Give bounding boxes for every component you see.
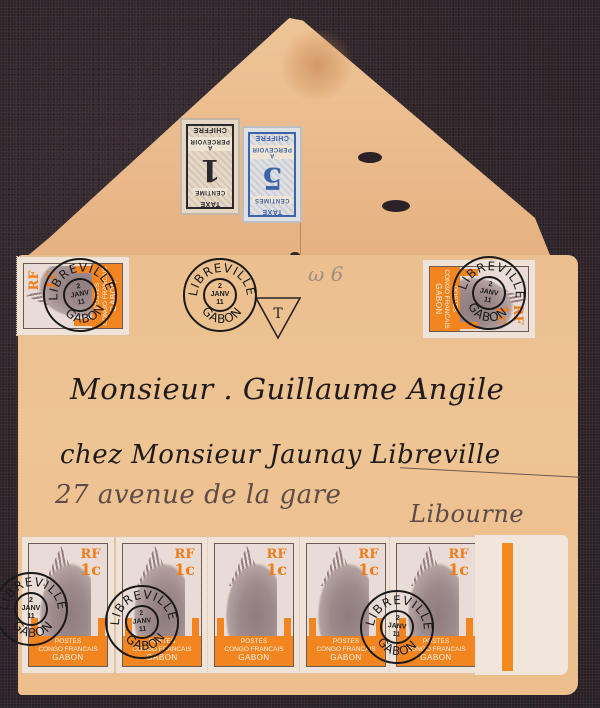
stamp-unit: CENTIMES: [253, 196, 292, 204]
flap-hole: [358, 152, 382, 163]
margin-bar: [502, 543, 513, 671]
stamp-banner: POSTES CONGO FRANCAIS GABON: [215, 636, 293, 666]
gabon-stamp: RF1c POSTES CONGO FRANCAIS GABON: [208, 537, 300, 673]
address-line-3: 27 avenue de la gare: [55, 480, 341, 510]
svg-text:T: T: [273, 306, 283, 322]
stamp-rf: RF1c: [358, 548, 379, 578]
stamp-subtext: A PERCEVOIR: [250, 145, 294, 159]
stamp-subtext: A PERCEVOIR: [188, 137, 232, 151]
stamp-label: CHIFFRE: [193, 126, 227, 133]
address-line-4: Libourne: [410, 500, 524, 528]
address-line-1: Monsieur . Guillaume Angile: [70, 372, 504, 406]
stamp-value: 5: [261, 163, 282, 193]
libreville-postmark: LIBREVILLE GABON 2JANV11: [37, 252, 123, 338]
stamp-rf: RF1c: [174, 548, 195, 578]
stamp-rf: RF1c: [80, 548, 101, 578]
libreville-postmark: LIBREVILLE GABON 2JANV11: [102, 582, 182, 662]
flap-hole: [382, 200, 410, 212]
postmark-date: 2JANV11: [14, 592, 48, 626]
flap-stain: [282, 30, 352, 100]
postmark-date: 2JANV11: [203, 278, 237, 312]
libreville-postmark: LIBREVILLE GABON 2JANV11: [0, 572, 68, 646]
stamp-unit: CENTIME: [193, 188, 228, 196]
stamp-value: 1: [199, 155, 220, 185]
libreville-postmark: LIBREVILLE GABON 2JANV11: [183, 258, 257, 332]
libreville-postmark: LIBREVILLE GABON 2JANV11: [357, 587, 437, 667]
stamp-label: CHIFFRE: [255, 134, 289, 141]
postage-due-stamp-1c: TAXE CENTIME 1 A PERCEVOIR CHIFFRE: [180, 118, 240, 215]
stamp-rf: RF1c: [266, 548, 287, 578]
libreville-postmark: LIBREVILLE GABON 2JANV11: [446, 250, 532, 336]
stamp-rf: RF1c: [448, 548, 469, 578]
pencil-note: ω 6: [308, 262, 343, 286]
stamp-label: TAXE: [200, 200, 220, 207]
sheet-margin: [475, 535, 568, 675]
address-line-2: chez Monsieur Jaunay Libreville: [60, 440, 501, 470]
stamp-label: TAXE: [262, 208, 282, 215]
postage-due-stamp-5c: TAXE CENTIMES 5 A PERCEVOIR CHIFFRE: [242, 126, 302, 223]
